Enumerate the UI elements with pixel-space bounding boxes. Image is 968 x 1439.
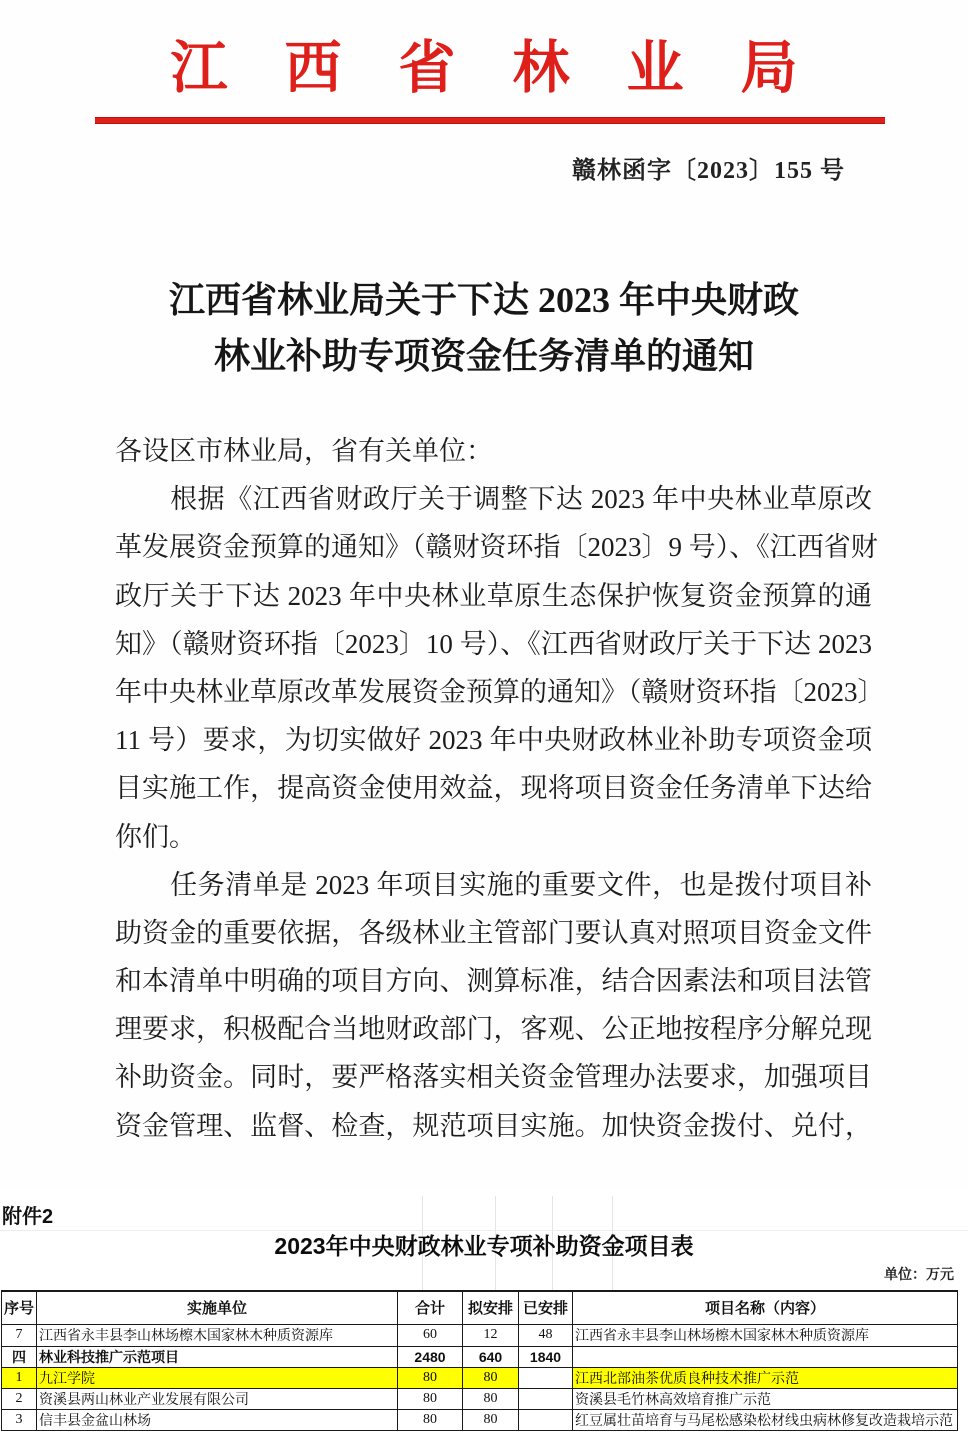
unit-note: 单位：万元 bbox=[884, 1264, 954, 1284]
cell-planned: 80 bbox=[463, 1388, 519, 1409]
body-line: 任务清单是 2023 年项目实施的重要文件，也是拨付项目补 bbox=[115, 861, 872, 909]
cell-total: 80 bbox=[398, 1367, 463, 1388]
letterhead-divider bbox=[95, 117, 885, 124]
body-line: 11 号）要求，为切实做好 2023 年中央财政林业补助专项资金项 bbox=[115, 716, 872, 764]
cell-project: 江西省永丰县李山林场檫木国家林木种质资源库 bbox=[573, 1324, 958, 1346]
cell-unit: 江西省永丰县李山林场檫木国家林木种质资源库 bbox=[37, 1324, 398, 1346]
body-line: 政厅关于下达 2023 年中央林业草原生态保护恢复资金预算的通 bbox=[115, 572, 872, 620]
table-row: 1九江学院8080江西北部油茶优质良种技术推广示范 bbox=[2, 1367, 958, 1388]
table-header-row: 序号 实施单位 合计 拟安排 已安排 项目名称（内容） bbox=[2, 1291, 958, 1324]
cell-unit: 林业科技推广示范项目 bbox=[37, 1346, 398, 1367]
cell-arranged bbox=[519, 1388, 573, 1409]
cell-planned: 640 bbox=[463, 1346, 519, 1367]
column-header-no: 序号 bbox=[2, 1291, 37, 1324]
cell-total: 2480 bbox=[398, 1346, 463, 1367]
attachment-label: 附件2 bbox=[2, 1200, 53, 1229]
column-header-project: 项目名称（内容） bbox=[573, 1291, 958, 1324]
cell-total: 60 bbox=[398, 1324, 463, 1346]
body-line: 资金管理、监督、检查，规范项目实施。加快资金拨付、兑付， bbox=[115, 1102, 872, 1150]
table-row: 2资溪县两山林业产业发展有限公司8080资溪县毛竹林高效培育推广示范 bbox=[2, 1388, 958, 1409]
cell-no: 2 bbox=[2, 1388, 37, 1409]
title-line-1: 江西省林业局关于下达 2023 年中央财政 bbox=[0, 272, 968, 328]
attachment-section: 附件2 2023年中央财政林业专项补助资金项目表 单位：万元 序号 实施单位 合… bbox=[0, 1188, 968, 1439]
cell-no: 四 bbox=[2, 1346, 37, 1367]
cell-project: 红豆属壮苗培育与马尾松感染松材线虫病林修复改造栽培示范 bbox=[573, 1409, 958, 1430]
column-header-arranged: 已安排 bbox=[519, 1291, 573, 1324]
cell-planned: 80 bbox=[463, 1367, 519, 1388]
cell-unit: 资溪县两山林业产业发展有限公司 bbox=[37, 1388, 398, 1409]
cell-planned: 12 bbox=[463, 1324, 519, 1346]
cell-arranged: 1840 bbox=[519, 1346, 573, 1367]
cell-no: 3 bbox=[2, 1409, 37, 1430]
cell-planned: 80 bbox=[463, 1409, 519, 1430]
cell-project: 江西北部油茶优质良种技术推广示范 bbox=[573, 1367, 958, 1388]
document-page: 江 西 省 林 业 局 赣林函字〔2023〕155 号 江西省林业局关于下达 2… bbox=[0, 0, 968, 1439]
funding-table-body: 7江西省永丰县李山林场檫木国家林木种质资源库601248江西省永丰县李山林场檫木… bbox=[2, 1324, 958, 1430]
cell-no: 1 bbox=[2, 1367, 37, 1388]
cell-project: 资溪县毛竹林高效培育推广示范 bbox=[573, 1388, 958, 1409]
body-line: 年中央林业草原改革发展资金预算的通知》（赣财资环指〔2023〕 bbox=[115, 668, 872, 716]
document-number: 赣林函字〔2023〕155 号 bbox=[572, 150, 845, 185]
column-header-planned: 拟安排 bbox=[463, 1291, 519, 1324]
funding-table: 序号 实施单位 合计 拟安排 已安排 项目名称（内容） 7江西省永丰县李山林场檫… bbox=[1, 1290, 958, 1431]
cell-arranged: 48 bbox=[519, 1324, 573, 1346]
cell-unit: 信丰县金盆山林场 bbox=[37, 1409, 398, 1430]
table-row: 四林业科技推广示范项目24806401840 bbox=[2, 1346, 958, 1367]
body-paragraphs: 根据《江西省财政厅关于调整下达 2023 年中央林业草原改革发展资金预算的通知》… bbox=[115, 475, 872, 1150]
cell-project bbox=[573, 1346, 958, 1367]
letter-body: 各设区市林业局，省有关单位： 根据《江西省财政厅关于调整下达 2023 年中央林… bbox=[115, 427, 872, 1150]
cell-no: 7 bbox=[2, 1324, 37, 1346]
body-line: 补助资金。同时，要严格落实相关资金管理办法要求，加强项目 bbox=[115, 1053, 872, 1101]
body-line: 和本清单中明确的项目方向、测算标准，结合因素法和项目法管 bbox=[115, 957, 872, 1005]
agency-name: 江 西 省 林 业 局 bbox=[0, 30, 968, 108]
column-header-unit: 实施单位 bbox=[37, 1291, 398, 1324]
cell-unit: 九江学院 bbox=[37, 1367, 398, 1388]
body-line: 理要求，积极配合当地财政部门，客观、公正地按程序分解兑现 bbox=[115, 1005, 872, 1053]
document-title: 江西省林业局关于下达 2023 年中央财政 林业补助专项资金任务清单的通知 bbox=[0, 272, 968, 384]
body-line: 目实施工作，提高资金使用效益，现将项目资金任务清单下达给 bbox=[115, 764, 872, 812]
cell-total: 80 bbox=[398, 1388, 463, 1409]
cell-total: 80 bbox=[398, 1409, 463, 1430]
cell-arranged bbox=[519, 1367, 573, 1388]
body-line: 你们。 bbox=[115, 813, 872, 861]
table-row: 7江西省永丰县李山林场檫木国家林木种质资源库601248江西省永丰县李山林场檫木… bbox=[2, 1324, 958, 1346]
salutation: 各设区市林业局，省有关单位： bbox=[115, 427, 872, 475]
column-header-total: 合计 bbox=[398, 1291, 463, 1324]
table-row: 3信丰县金盆山林场8080红豆属壮苗培育与马尾松感染松材线虫病林修复改造栽培示范 bbox=[2, 1409, 958, 1430]
body-line: 根据《江西省财政厅关于调整下达 2023 年中央林业草原改 bbox=[115, 475, 872, 523]
body-line: 知》（赣财资环指〔2023〕10 号）、《江西省财政厅关于下达 2023 bbox=[115, 620, 872, 668]
cell-arranged bbox=[519, 1409, 573, 1430]
body-line: 助资金的重要依据，各级林业主管部门要认真对照项目资金文件 bbox=[115, 909, 872, 957]
title-line-2: 林业补助专项资金任务清单的通知 bbox=[0, 328, 968, 384]
attachment-table-title: 2023年中央财政林业专项补助资金项目表 bbox=[0, 1228, 968, 1261]
body-line: 革发展资金预算的通知》（赣财资环指〔2023〕9 号）、《江西省财 bbox=[115, 523, 872, 571]
